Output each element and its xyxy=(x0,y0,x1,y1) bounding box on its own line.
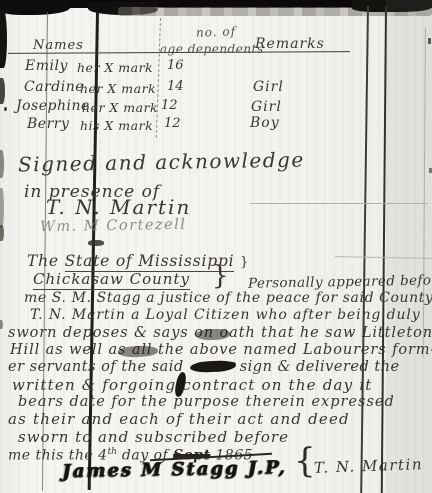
state-line-the: The xyxy=(27,252,65,270)
county-underlined: Chickasaw County xyxy=(33,270,190,290)
affidavit-appeared: Personally appeared before xyxy=(248,273,432,291)
ink-mark-on-rule xyxy=(88,240,104,246)
table-cell-remark: Boy xyxy=(250,116,280,131)
witness-signature-cortezell: Wm. M Cortezell xyxy=(40,218,187,236)
affidavit-county-line: Chickasaw County xyxy=(33,272,190,288)
scan-artifact-edge-blot xyxy=(0,150,4,178)
line-5-pre: er servants of the said xyxy=(8,359,184,375)
table-cell-mark: her X mark xyxy=(77,61,153,74)
signature-james-stagg: James M Stagg J.P, xyxy=(62,459,287,482)
table-cell-remark: Girl xyxy=(253,80,284,95)
table-header-remarks: Remarks xyxy=(255,37,325,52)
table-cell-remark: Girl xyxy=(251,100,282,115)
state-line-underlined: State of Mississippi xyxy=(65,252,235,272)
table-cell-mark: her X mark xyxy=(82,101,158,114)
table-cell-name: Berry xyxy=(27,117,69,132)
affidavit-line: T. N. Martin a Loyal Citizen who after b… xyxy=(30,308,421,323)
vertical-rule-right-1 xyxy=(360,6,369,493)
signature-flourish-brace: { xyxy=(294,444,316,480)
faint-ledger-rule xyxy=(250,203,428,204)
affidavit-line: me S. M. Stagg a justice of the peace fo… xyxy=(24,291,432,306)
table-header-no-of: no. of xyxy=(196,25,236,39)
scan-artifact-edge-blot xyxy=(0,10,7,68)
scan-artifact-edge-blot xyxy=(0,188,4,228)
scan-artifact-top-blob-left xyxy=(0,0,70,15)
ink-dot xyxy=(4,107,7,111)
table-cell-name: Josephine xyxy=(16,99,90,114)
table-cell-age: 12 xyxy=(161,99,178,113)
table-cell-name: Cardine xyxy=(24,80,84,95)
table-cell-age: 14 xyxy=(167,80,184,94)
witness-signature-martin: T. N. Martin xyxy=(46,197,191,218)
line-5-post: sign & delivered the xyxy=(240,359,400,375)
affidavit-line: as their and each of their act and deed xyxy=(8,412,350,428)
table-cell-age: 12 xyxy=(164,117,181,131)
scan-artifact-edge-blot xyxy=(0,225,4,241)
table-cell-mark: his X mark xyxy=(80,119,153,132)
county-brace: } xyxy=(212,263,229,290)
ink-blot-scratched-word xyxy=(190,360,236,373)
table-header-age-dependents: age dependents xyxy=(160,43,264,56)
affidavit-line: bears date for the purpose therein expre… xyxy=(18,395,395,410)
table-cell-mark: her X mark xyxy=(80,82,156,95)
affidavit-line: written & forgoing contract on the day i… xyxy=(12,378,373,394)
date-ordinal-suffix: th xyxy=(108,447,117,457)
scan-artifact-edge-blot xyxy=(0,78,5,104)
scan-artifact-edge-blot xyxy=(0,320,3,329)
table-header-names: Names xyxy=(33,39,84,53)
vertical-rule-age-column-dashed xyxy=(156,18,161,138)
attestation-signed-line: Signed and acknowledge xyxy=(18,149,305,175)
table-cell-name: Emily xyxy=(25,59,68,74)
affidavit-line: Hill as well as all the above named Labo… xyxy=(10,343,432,358)
scanned-document-page: Names no. of age dependents Remarks Emil… xyxy=(0,0,432,493)
scan-artifact-edge-tick xyxy=(428,38,431,44)
affidavit-line-with-blot: er servants of the saidsign & delivered … xyxy=(8,360,400,375)
table-cell-age: 16 xyxy=(167,59,184,73)
state-brace: } xyxy=(240,255,249,270)
affidavit-line: sworn to and subscribed before xyxy=(18,430,289,446)
